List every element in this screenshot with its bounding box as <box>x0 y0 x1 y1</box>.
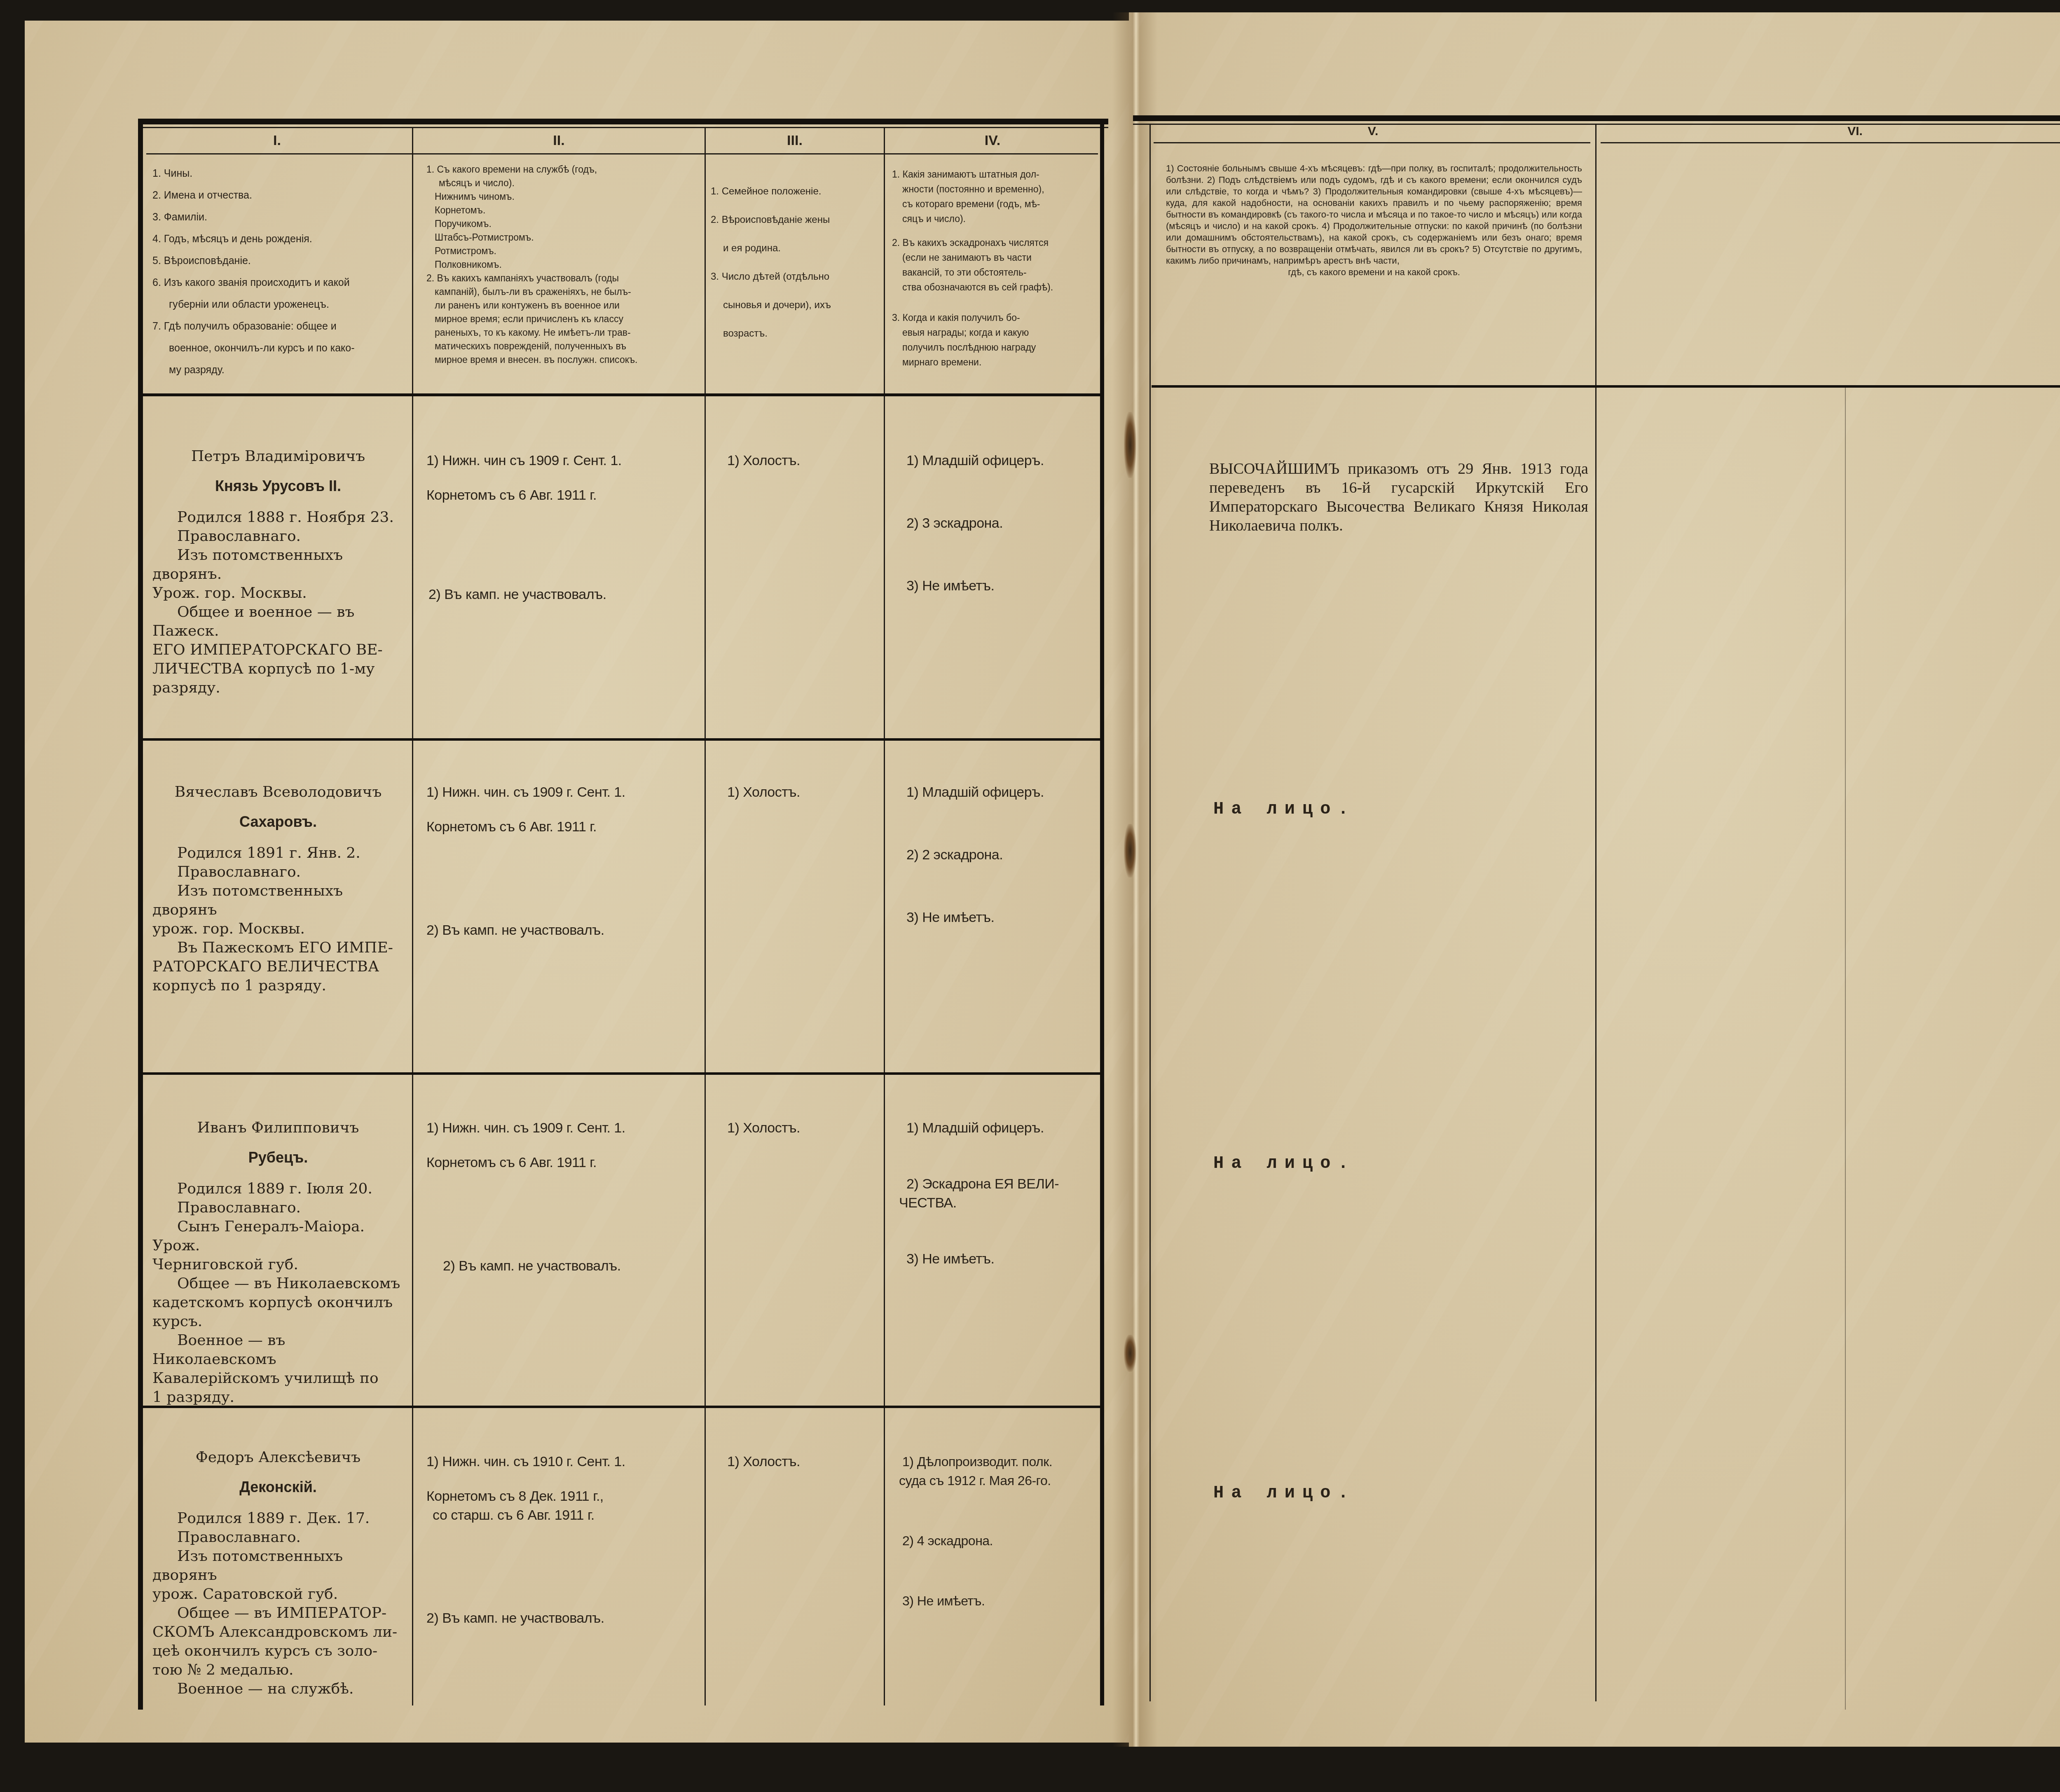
position-line: 1) Младшій офицеръ. <box>906 451 1096 470</box>
officer-first-names: Петръ Владиміровичъ <box>152 447 404 466</box>
header-item: 1. Съ какого времени на службѣ (годъ, <box>426 163 700 176</box>
officer-surname: Князь Урусовъ II. <box>152 477 404 496</box>
officer-4-service: 1) Нижн. чин. съ 1910 г. Сент. 1. Корнет… <box>426 1452 698 1525</box>
bio-line: разряду. <box>152 678 404 697</box>
bio-line: Сынъ Генералъ-Маіора. Урож. <box>152 1217 404 1255</box>
header-item: Ротмистромъ. <box>426 244 700 258</box>
table-left-border <box>138 119 143 1709</box>
bio-line: Родился 1891 г. Янв. 2. <box>152 844 404 863</box>
header-item: 2. Вѣроисповѣданіе жены <box>711 206 880 234</box>
table-left-border <box>1149 124 1151 1701</box>
position-line: 3) Не имѣетъ. <box>906 1249 1096 1268</box>
officer-4-absence-note: На лицо. <box>1213 1483 1356 1503</box>
service-line: 1) Нижн. чин. съ 1909 г. Сент. 1. <box>426 783 698 802</box>
bio-line: Общее — въ ИМПЕРАТОР- <box>152 1604 404 1623</box>
header-item: 1. Какія занимаютъ штатныя дол- <box>892 167 1098 182</box>
col-divider <box>705 128 706 1705</box>
header-item: жности (постоянно и временно), <box>892 182 1098 197</box>
bio-line: урож. гор. Москвы. <box>152 919 404 938</box>
table-top-rule-thin <box>138 127 1108 128</box>
header-item: 2. Въ какихъ кампаніяхъ участвовалъ (год… <box>426 271 700 285</box>
table-top-rule <box>138 119 1108 124</box>
bio-line: Черниговской губ. <box>152 1255 404 1274</box>
bio-line: Общее и военное — въ Пажеск. <box>152 603 404 641</box>
header-item: евыя награды; когда и какую <box>892 325 1098 340</box>
column-number-II: II. <box>413 133 705 149</box>
staple-rust-mark <box>1124 412 1136 478</box>
officer-bio: Родился 1888 г. Ноября 23. Православнаго… <box>152 508 404 697</box>
header-number-rule <box>1154 142 1590 143</box>
officer-3-campaigns: 2) Въ камп. не участвовалъ. <box>443 1256 698 1275</box>
header-item: 1. Семейное положеніе. <box>711 177 880 206</box>
officer-1-position: 1) Младшій офицеръ. 2) 3 эскадрона. 3) Н… <box>906 451 1096 595</box>
position-line: 2) 3 эскадрона. <box>906 514 1096 533</box>
header-item: мѣсяцъ и число). <box>426 176 700 190</box>
header-item: Штабсъ-Ротмистромъ. <box>426 231 700 244</box>
bio-line: ЕГО ИМПЕРАТОРСКАГО ВЕ- <box>152 641 404 660</box>
header-item: ства обозначаются въ сей графѣ). <box>892 280 1098 295</box>
header-item: ли раненъ или контуженъ въ военное или <box>426 299 700 312</box>
officer-2-position: 1) Младшій офицеръ. 2) 2 эскадрона. 3) Н… <box>906 783 1096 927</box>
header-item: (если не занимаютъ въ части <box>892 250 1098 265</box>
officer-1-family: 1) Холостъ. <box>727 451 880 470</box>
bio-line: Православнаго. <box>152 1198 404 1217</box>
header-item: 3. Фамиліи. <box>152 206 408 228</box>
column-II-header: 1. Съ какого времени на службѣ (годъ, мѣ… <box>426 163 700 367</box>
service-line: Корнетомъ съ 8 Дек. 1911 г., <box>426 1487 698 1506</box>
header-item: мирнаго времени. <box>892 355 1098 370</box>
table-right-border <box>1100 124 1104 1705</box>
bio-line: Въ Пажескомъ ЕГО ИМПЕ- <box>152 938 404 957</box>
bio-line: Военное — на службѣ. <box>152 1680 404 1698</box>
column-IV-header: 1. Какія занимаютъ штатныя дол- жности (… <box>892 167 1098 370</box>
officer-surname: Сахаровъ. <box>152 812 404 831</box>
header-item: губерніи или области уроженецъ. <box>152 294 408 316</box>
header-item: сяцъ и число). <box>892 211 1098 226</box>
service-line: Корнетомъ съ 6 Авг. 1911 г. <box>426 817 698 836</box>
officer-4-position: 1) Дѣлопроизводит. полк. суда съ 1912 г.… <box>902 1452 1100 1610</box>
col-divider <box>1595 124 1596 1701</box>
bio-line: Родился 1888 г. Ноября 23. <box>152 508 404 527</box>
officer-4-family: 1) Холостъ. <box>727 1452 880 1471</box>
officer-2-campaigns: 2) Въ камп. не участвовалъ. <box>426 921 698 940</box>
officer-2-family: 1) Холостъ. <box>727 783 880 802</box>
bio-line: тою № 2 медалью. <box>152 1661 404 1680</box>
header-item: 2. Въ какихъ эскадронахъ числятся <box>892 235 1098 250</box>
header-item: военное, окончилъ-ли курсъ и по како- <box>152 337 408 359</box>
bio-line: Православнаго. <box>152 527 404 546</box>
header-item: возрастъ. <box>711 319 880 348</box>
position-line: 3) Не имѣетъ. <box>906 908 1096 927</box>
officer-4-campaigns: 2) Въ камп. не участвовалъ. <box>426 1609 698 1628</box>
staple-rust-mark <box>1124 824 1136 877</box>
header-item: 4. Годъ, мѣсяцъ и день рожденія. <box>152 228 408 250</box>
bio-line: Изъ потомственныхъ дворянъ <box>152 882 404 919</box>
header-item: матическихъ поврежденій, полученныхъ въ <box>426 339 700 353</box>
bio-line: Кавалерійскомъ училищѣ по <box>152 1369 404 1388</box>
bio-line: Православнаго. <box>152 863 404 882</box>
bio-line: Родился 1889 г. Дек. 17. <box>152 1509 404 1528</box>
bio-line: Урож. гор. Москвы. <box>152 584 404 603</box>
bio-line: РАТОРСКАГО ВЕЛИЧЕСТВА <box>152 957 404 976</box>
column-I-header: 1. Чины. 2. Имена и отчества. 3. Фамиліи… <box>152 163 408 381</box>
header-item: мирное время; если причисленъ къ классу <box>426 312 700 326</box>
header-item: сыновья и дочери), ихъ <box>711 291 880 319</box>
header-item: Полковникомъ. <box>426 258 700 271</box>
officer-1-identity: Петръ Владиміровичъ Князь Урусовъ II. Ро… <box>152 447 404 697</box>
position-line: 1) Дѣлопроизводит. полк. <box>902 1452 1100 1471</box>
header-item: 3. Число дѣтей (отдѣльно <box>711 262 880 291</box>
bio-line: Изъ потомственныхъ дворянъ <box>152 1547 404 1585</box>
officer-2-absence-note: На лицо. <box>1213 799 1356 819</box>
header-item: съ котораго времени (годъ, мѣ- <box>892 197 1098 211</box>
header-item: получилъ послѣднюю награду <box>892 340 1098 355</box>
column-number-V: V. <box>1151 124 1595 138</box>
column-number-I: I. <box>142 133 412 149</box>
header-item: кампаній), былъ-ли въ сраженіяхъ, не был… <box>426 285 700 299</box>
header-item: раненыхъ, то къ какому. Не имѣетъ-ли тра… <box>426 326 700 339</box>
col-divider-faint <box>1845 387 1846 1710</box>
officer-3-absence-note: На лицо. <box>1213 1153 1356 1173</box>
officer-4-identity: Федоръ Алексѣевичъ Деконскій. Родился 18… <box>152 1448 404 1698</box>
officer-1-campaigns: 2) Въ камп. не участвовалъ. <box>428 585 700 604</box>
position-line: 2) 4 эскадрона. <box>902 1531 1100 1550</box>
position-line: 2) Эскадрона ЕЯ ВЕЛИ- <box>906 1174 1096 1193</box>
staple-rust-mark <box>1124 1335 1136 1372</box>
column-number-VI: VI. <box>1596 124 2060 138</box>
header-item: му разряду. <box>152 359 408 381</box>
header-item: 1. Чины. <box>152 163 408 185</box>
officer-3-identity: Иванъ Филипповичъ Рубецъ. Родился 1889 г… <box>152 1118 404 1407</box>
bio-line: курсъ. <box>152 1312 404 1331</box>
header-number-rule <box>1601 142 2060 143</box>
bio-line: Православнаго. <box>152 1528 404 1547</box>
officer-bio: Родился 1889 г. Іюля 20. Православнаго. … <box>152 1179 404 1407</box>
bio-line: цеѣ окончилъ курсъ съ золо- <box>152 1642 404 1661</box>
service-line: 1) Нижн. чин. съ 1910 г. Сент. 1. <box>426 1452 698 1471</box>
bio-line: Общее — въ Николаевскомъ <box>152 1274 404 1293</box>
header-bottom-rule <box>1152 385 2060 388</box>
header-bottom-rule <box>140 393 1104 396</box>
header-item: и ея родина. <box>711 234 880 262</box>
column-number-III: III. <box>706 133 884 149</box>
position-line: суда съ 1912 г. Мая 26-го. <box>899 1471 1100 1490</box>
header-item: 7. Гдѣ получилъ образованіе: общее и <box>152 316 408 337</box>
header-item: Корнетомъ. <box>426 204 700 217</box>
bio-line: Военное — въ Николаевскомъ <box>152 1331 404 1369</box>
header-item: 5. Вѣроисповѣданіе. <box>152 250 408 272</box>
row-divider <box>140 1072 1104 1075</box>
header-item: Нижнимъ чиномъ. <box>426 190 700 204</box>
spine-fold <box>1112 12 1158 1747</box>
column-V-header: 1) Состояніе больнымъ свыше 4-хъ мѣсяцев… <box>1166 163 1582 278</box>
officer-2-service: 1) Нижн. чин. съ 1909 г. Сент. 1. Корнет… <box>426 783 698 836</box>
officer-surname: Деконскій. <box>152 1478 404 1497</box>
officer-1-service: 1) Нижн. чин съ 1909 г. Сент. 1. Корнето… <box>426 451 698 505</box>
officer-bio: Родился 1889 г. Дек. 17. Православнаго. … <box>152 1509 404 1698</box>
bio-line: Изъ потомственныхъ дворянъ. <box>152 546 404 584</box>
header-text-last: гдѣ, съ какого времени и на какой срокъ. <box>1166 267 1582 278</box>
officer-surname: Рубецъ. <box>152 1148 404 1167</box>
officer-first-names: Федоръ Алексѣевичъ <box>152 1448 404 1467</box>
col-divider <box>884 128 885 1705</box>
service-line: 1) Нижн. чин съ 1909 г. Сент. 1. <box>426 451 698 470</box>
header-item: 6. Изъ какого званія происходитъ и какой <box>152 272 408 294</box>
bio-line: Родился 1889 г. Іюля 20. <box>152 1179 404 1198</box>
officer-first-names: Вячеславъ Всеволодовичъ <box>152 783 404 802</box>
position-line: ЧЕСТВА. <box>899 1193 1096 1212</box>
bio-line: корпусѣ по 1 разряду. <box>152 976 404 995</box>
officer-bio: Родился 1891 г. Янв. 2. Православнаго. И… <box>152 844 404 995</box>
position-line: 3) Не имѣетъ. <box>906 576 1096 595</box>
officer-2-identity: Вячеславъ Всеволодовичъ Сахаровъ. Родилс… <box>152 783 404 995</box>
col-divider <box>412 128 413 1705</box>
position-line: 2) 2 эскадрона. <box>906 845 1096 864</box>
column-number-IV: IV. <box>885 133 1100 149</box>
header-item: Поручикомъ. <box>426 217 700 231</box>
service-line: Корнетомъ съ 6 Авг. 1911 г. <box>426 486 698 505</box>
officer-3-position: 1) Младшій офицеръ. 2) Эскадрона ЕЯ ВЕЛИ… <box>906 1118 1096 1268</box>
header-item: мирное время и внесен. въ послужн. списо… <box>426 353 700 367</box>
row-divider <box>140 738 1104 741</box>
officer-1-absence-note: ВЫСОЧАЙШИМЪ приказомъ отъ 29 Янв. 1913 г… <box>1209 459 1588 535</box>
officer-3-family: 1) Холостъ. <box>727 1118 880 1137</box>
header-item: 3. Когда и какія получилъ бо- <box>892 310 1098 325</box>
bio-line: СКОМЪ Александровскомъ ли- <box>152 1623 404 1642</box>
officer-first-names: Иванъ Филипповичъ <box>152 1118 404 1137</box>
position-line: 3) Не имѣетъ. <box>902 1591 1100 1610</box>
header-number-rule <box>146 153 1098 154</box>
column-III-header: 1. Семейное положеніе. 2. Вѣроисповѣдані… <box>711 177 880 348</box>
header-text: 1) Состояніе больнымъ свыше 4-хъ мѣсяцев… <box>1166 163 1582 267</box>
header-item: вакансій, то эти обстоятель- <box>892 265 1098 280</box>
bio-line: урож. Саратовской губ. <box>152 1585 404 1604</box>
position-line: 1) Младшій офицеръ. <box>906 783 1096 802</box>
service-line: со старш. съ 6 Авг. 1911 г. <box>426 1506 698 1525</box>
table-top-rule <box>1133 115 2060 121</box>
bio-line: ЛИЧЕСТВА корпусѣ по 1-му <box>152 660 404 678</box>
service-line: 1) Нижн. чин. съ 1909 г. Сент. 1. <box>426 1118 698 1137</box>
bio-line: 1 разряду. <box>152 1388 404 1407</box>
service-line: Корнетомъ съ 6 Авг. 1911 г. <box>426 1153 698 1172</box>
table-bottom-corner <box>138 1705 143 1710</box>
officer-3-service: 1) Нижн. чин. съ 1909 г. Сент. 1. Корнет… <box>426 1118 698 1172</box>
header-item: 2. Имена и отчества. <box>152 185 408 206</box>
position-line: 1) Младшій офицеръ. <box>906 1118 1096 1137</box>
bio-line: кадетскомъ корпусѣ окончилъ <box>152 1293 404 1312</box>
